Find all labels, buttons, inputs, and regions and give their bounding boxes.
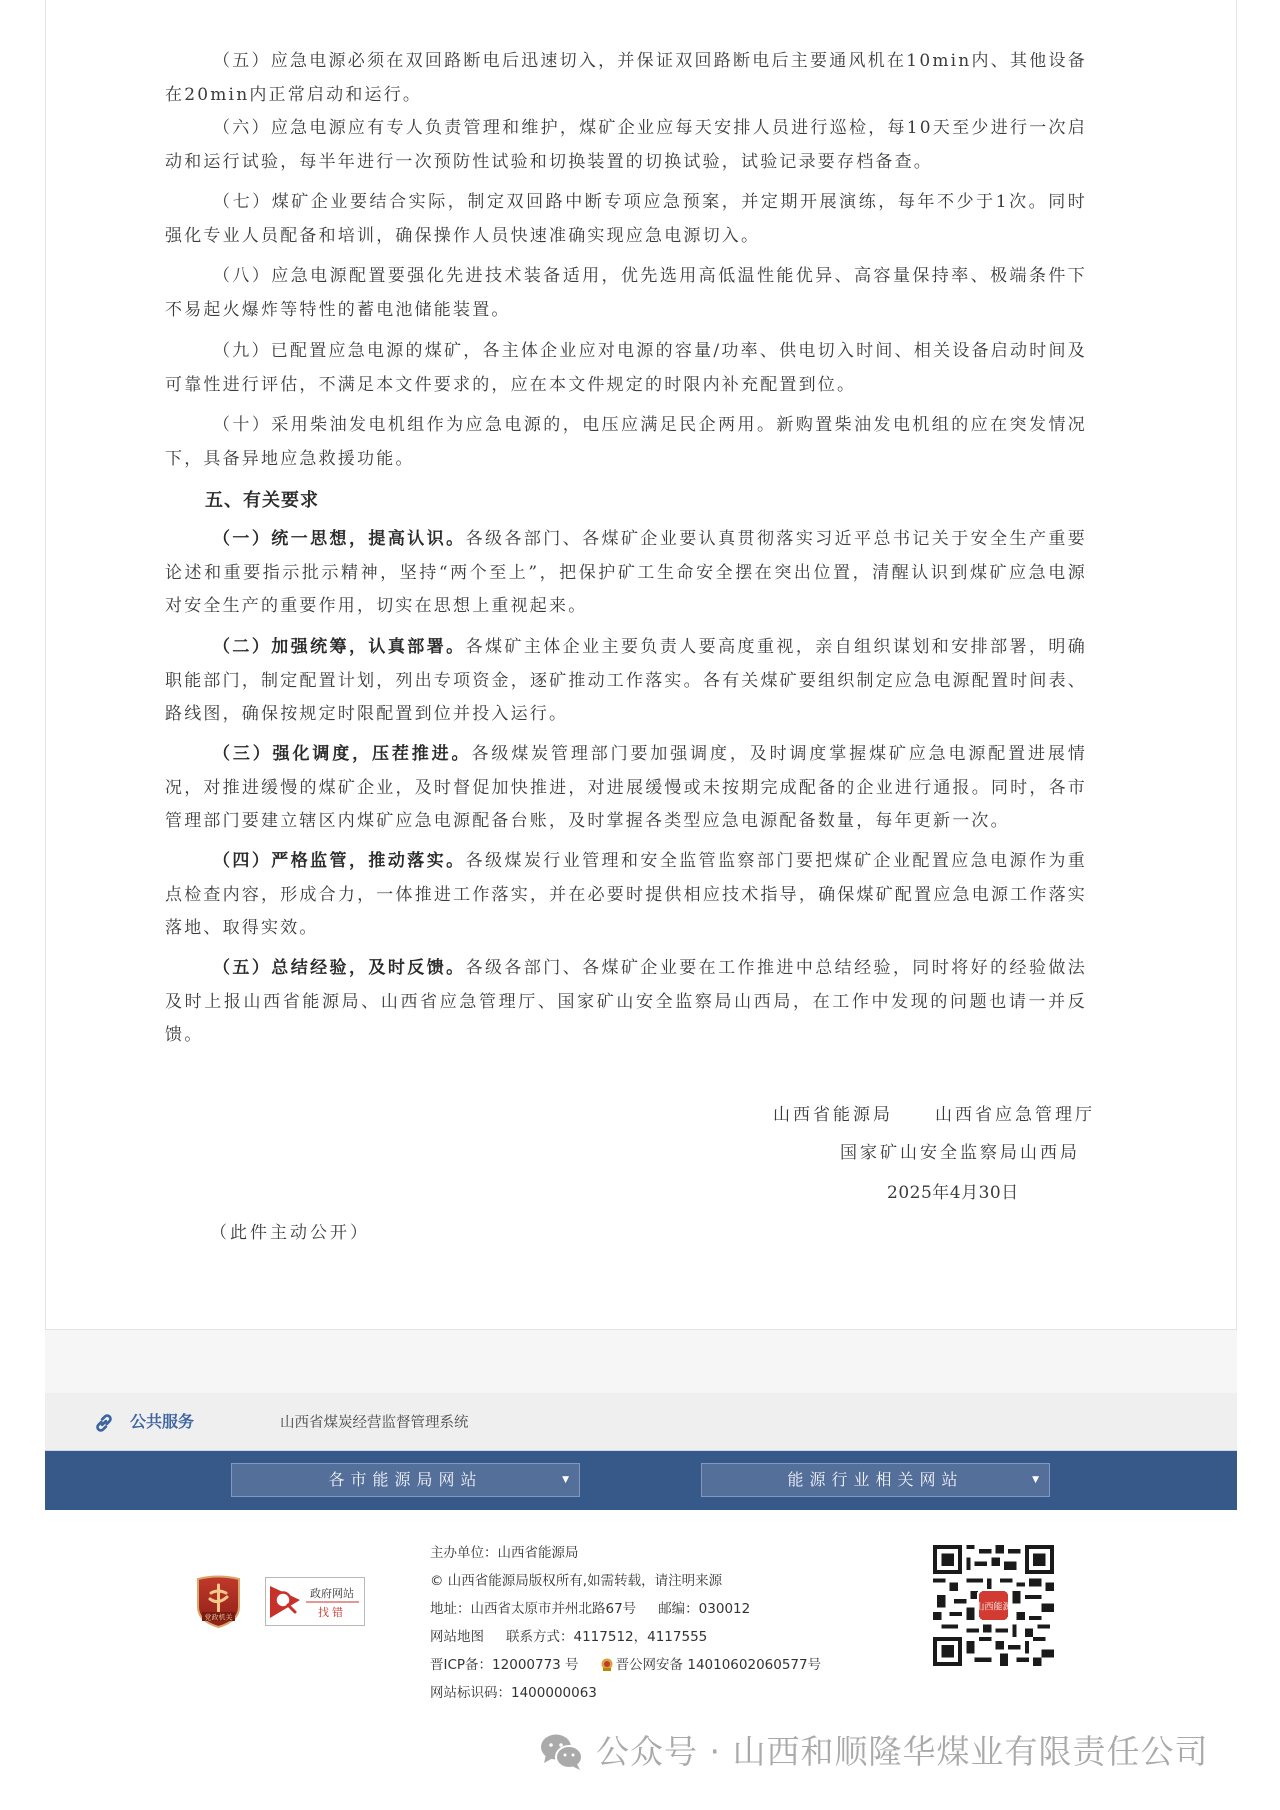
issuer-mine-safety-bureau: 国家矿山安全监察局山西局 (840, 1141, 1080, 1165)
dropdown-label: 能源行业相关网站 (787, 1470, 963, 1489)
energy-industry-sites-dropdown[interactable]: 能源行业相关网站 ▼ (701, 1463, 1050, 1497)
coal-supervision-system-link[interactable]: 山西省煤炭经营监督管理系统 (280, 1412, 469, 1434)
dropdown-label: 各市能源局网站 (328, 1470, 482, 1489)
footer-info: 主办单位：山西省能源局 © 山西省能源局版权所有,如需转载，请注明来源 地址：山… (430, 1539, 821, 1707)
contact: 联系方式：4117512，4117555 (506, 1629, 707, 1645)
spacer-band (45, 1330, 1237, 1393)
public-service-bar: 公共服务 山西省煤炭经营监督管理系统 (45, 1393, 1237, 1450)
city-energy-bureau-sites-dropdown[interactable]: 各市能源局网站 ▼ (231, 1463, 580, 1497)
dropdown-arrow-icon: ▼ (562, 1464, 569, 1496)
watermark-text: 公众号 · 山西和顺隆华煤业有限责任公司 (596, 1732, 1208, 1771)
requirement-3: （三）强化调度，压茬推进。各级煤炭管理部门要加强调度，及时调度掌握煤矿应急电源配… (165, 738, 1087, 839)
address: 地址：山西省太原市并州北路67号 (430, 1601, 636, 1617)
svg-text:政府网站: 政府网站 (310, 1586, 354, 1600)
registration-row: 晋ICP备：12000773 号晋公网安备 14010602060577号 (430, 1651, 821, 1679)
address-row: 地址：山西省太原市并州北路67号邮编：030012 (430, 1595, 821, 1623)
sponsor: 主办单位：山西省能源局 (430, 1539, 821, 1567)
qr-code: 山西能源 (933, 1545, 1054, 1666)
paragraph-6: （六）应急电源应有专人负责管理和维护，煤矿企业应每天安排人员进行巡检，每10天至… (165, 112, 1087, 179)
svg-text:山西能源: 山西能源 (975, 1601, 1012, 1613)
related-sites-bar: 各市能源局网站 ▼ 能源行业相关网站 ▼ (45, 1450, 1237, 1510)
requirement-5: （五）总结经验，及时反馈。各级各部门、各煤矿企业要在工作推进中总结经验，同时将好… (165, 952, 1087, 1053)
paragraph-10: （十）采用柴油发电机组作为应急电源的，电压应满足民企两用。新购置柴油发电机组的应… (165, 409, 1087, 476)
requirement-4: （四）严格监管，推动落实。各级煤炭行业管理和安全监管监察部门要把煤矿企业配置应急… (165, 845, 1087, 946)
issuer-emergency-dept: 山西省应急管理厅 (935, 1103, 1095, 1127)
svg-text:党政机关: 党政机关 (205, 1613, 233, 1622)
contact-row: 网站地图联系方式：4117512，4117555 (430, 1623, 821, 1651)
gov-site-error-report-badge[interactable]: 政府网站 找错 (265, 1577, 365, 1626)
paragraph-8: （八）应急电源配置要强化先进技术装备适用，优先选用高低温性能优异、高容量保持率、… (165, 260, 1087, 327)
requirement-1: （一）统一思想，提高认识。各级各部门、各煤矿企业要认真贯彻落实习近平总书记关于安… (165, 523, 1087, 624)
party-government-agency-badge[interactable]: 党政机关 (195, 1575, 242, 1628)
paragraph-5: （五）应急电源必须在双回路断电后迅速切入，并保证双回路断电后主要通风机在10mi… (165, 45, 1087, 112)
paragraph-7: （七）煤矿企业要结合实际，制定双回路中断专项应急预案，并定期开展演练，每年不少于… (165, 186, 1087, 253)
error-report-graphic: 政府网站 找错 (266, 1578, 364, 1625)
police-emblem-icon (601, 1658, 613, 1671)
wechat-icon (540, 1733, 584, 1771)
issuer-energy-bureau: 山西省能源局 (773, 1103, 893, 1127)
police-registration-link[interactable]: 晋公网安备 14010602060577号 (616, 1657, 822, 1673)
svg-text:找错: 找错 (318, 1605, 346, 1619)
issue-date: 2025年4月30日 (887, 1181, 1019, 1205)
paragraph-9: （九）已配置应急电源的煤矿，各主体企业应对电源的容量/功率、供电切入时间、相关设… (165, 335, 1087, 402)
sitemap-link[interactable]: 网站地图 (430, 1629, 484, 1645)
copyright: © 山西省能源局版权所有,如需转载，请注明来源 (430, 1567, 821, 1595)
link-icon (93, 1412, 115, 1434)
requirement-2: （二）加强统筹，认真部署。各煤矿主体企业主要负责人要高度重视，亲自组织谋划和安排… (165, 631, 1087, 732)
postcode: 邮编：030012 (658, 1601, 750, 1617)
site-code: 网站标识码：1400000063 (430, 1679, 821, 1707)
disclosure-note: （此件主动公开） (210, 1221, 370, 1245)
wechat-watermark: 公众号 · 山西和顺隆华煤业有限责任公司 (540, 1722, 1208, 1782)
icp-link[interactable]: 晋ICP备：12000773 号 (430, 1657, 579, 1673)
section-title: 五、有关要求 (205, 486, 319, 516)
public-service-title: 公共服务 (130, 1411, 194, 1433)
dropdown-arrow-icon: ▼ (1032, 1464, 1039, 1496)
